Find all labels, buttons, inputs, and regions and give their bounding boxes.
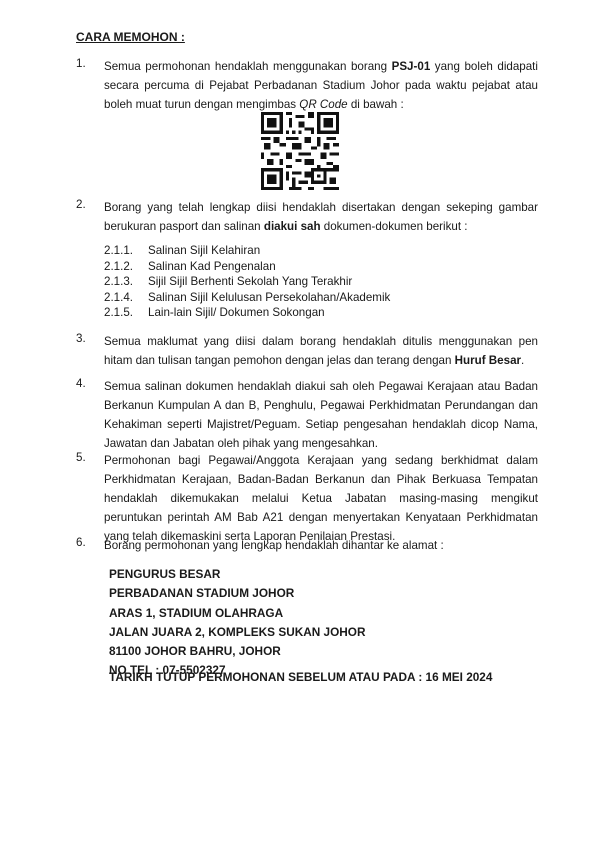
instruction-item-5: 5. Permohonan bagi Pegawai/Anggota Keraj… bbox=[76, 451, 538, 546]
document-sublist: 2.1.1.Salinan Sijil Kelahiran 2.1.2.Sali… bbox=[104, 243, 390, 321]
instruction-item-1: 1. Semua permohonan hendaklah menggunaka… bbox=[76, 57, 538, 114]
instruction-item-4: 4. Semua salinan dokumen hendaklah diaku… bbox=[76, 377, 538, 453]
item-text: Borang yang telah lengkap diisi hendakla… bbox=[104, 198, 538, 236]
item-text: Permohonan bagi Pegawai/Anggota Kerajaan… bbox=[104, 451, 538, 546]
sublist-item: 2.1.1.Salinan Sijil Kelahiran bbox=[104, 243, 390, 259]
sublist-item: 2.1.2.Salinan Kad Pengenalan bbox=[104, 259, 390, 275]
sublist-item: 2.1.3.Sijil Sijil Berhenti Sekolah Yang … bbox=[104, 274, 390, 290]
item-text: Semua maklumat yang diisi dalam borang h… bbox=[104, 332, 538, 370]
item-text: Semua permohonan hendaklah menggunakan b… bbox=[104, 57, 538, 114]
address-line: ARAS 1, STADIUM OLAHRAGA bbox=[109, 604, 366, 623]
address-line: JALAN JUARA 2, KOMPLEKS SUKAN JOHOR bbox=[109, 623, 366, 642]
sublist-item: 2.1.5.Lain-lain Sijil/ Dokumen Sokongan bbox=[104, 305, 390, 321]
address-line: PERBADANAN STADIUM JOHOR bbox=[109, 584, 366, 603]
instruction-item-6: 6. Borang permohonan yang lengkap hendak… bbox=[76, 536, 538, 555]
mailing-address: PENGURUS BESAR PERBADANAN STADIUM JOHOR … bbox=[109, 565, 366, 681]
address-line: 81100 JOHOR BAHRU, JOHOR bbox=[109, 642, 366, 661]
item-number: 3. bbox=[76, 332, 86, 345]
instruction-item-2: 2. Borang yang telah lengkap diisi henda… bbox=[76, 198, 538, 236]
instruction-item-3: 3. Semua maklumat yang diisi dalam boran… bbox=[76, 332, 538, 370]
item-number: 4. bbox=[76, 377, 86, 390]
section-heading: CARA MEMOHON : bbox=[76, 30, 185, 44]
qr-code-icon bbox=[259, 112, 341, 190]
address-line: PENGURUS BESAR bbox=[109, 565, 366, 584]
item-number: 6. bbox=[76, 536, 86, 549]
closing-date: TARIKH TUTUP PERMOHONAN SEBELUM ATAU PAD… bbox=[109, 670, 492, 684]
item-text: Semua salinan dokumen hendaklah diakui s… bbox=[104, 377, 538, 453]
item-number: 5. bbox=[76, 451, 86, 464]
item-number: 2. bbox=[76, 198, 86, 211]
sublist-item: 2.1.4.Salinan Sijil Kelulusan Persekolah… bbox=[104, 290, 390, 306]
item-number: 1. bbox=[76, 57, 86, 70]
item-text: Borang permohonan yang lengkap hendaklah… bbox=[104, 536, 538, 555]
